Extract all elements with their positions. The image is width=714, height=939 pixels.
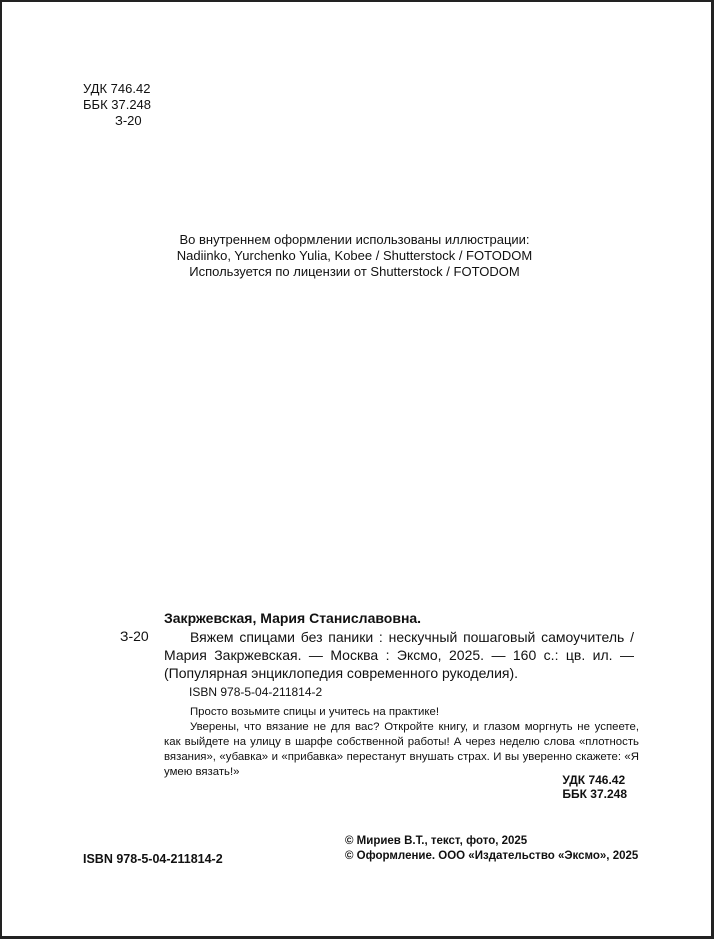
isbn-footer: ISBN 978-5-04-211814-2 <box>83 852 223 866</box>
author-heading: Закржевская, Мария Станиславовна. <box>164 610 421 626</box>
description-text: Вяжем спицами без паники : нескучный пош… <box>164 629 634 681</box>
author-mark-inline: З-20 <box>120 628 149 644</box>
credits-line-3: Используется по лицензии от Shutterstock… <box>2 264 707 280</box>
imprint-page: УДК 746.42 ББК 37.248 З-20 Во внутреннем… <box>2 2 711 936</box>
bbk-code-bottom: ББК 37.248 <box>562 787 627 801</box>
udk-code: УДК 746.42 <box>83 81 151 97</box>
copyright-design: © Оформление. ООО «Издательство «Эксмо»,… <box>345 849 638 864</box>
copyright-author: © Мириев В.Т., текст, фото, 2025 <box>345 834 638 849</box>
illustration-credits: Во внутреннем оформлении использованы ил… <box>2 232 707 280</box>
annotation: Просто возьмите спицы и учитесь на практ… <box>164 705 639 780</box>
isbn-inline: ISBN 978-5-04-211814-2 <box>189 685 322 699</box>
credits-line-2: Nadiinko, Yurchenko Yulia, Kobee / Shutt… <box>2 248 707 264</box>
author-mark: З-20 <box>83 113 151 129</box>
annotation-paragraph-1: Просто возьмите спицы и учитесь на практ… <box>164 705 639 720</box>
classification-codes-bottom: УДК 746.42 ББК 37.248 <box>562 773 627 801</box>
udk-code-bottom: УДК 746.42 <box>562 773 627 787</box>
credits-line-1: Во внутреннем оформлении использованы ил… <box>2 232 707 248</box>
classification-codes-top: УДК 746.42 ББК 37.248 З-20 <box>83 81 151 129</box>
bibliographic-description: Вяжем спицами без паники : нескучный пош… <box>164 628 634 682</box>
annotation-paragraph-2: Уверены, что вязание не для вас? Откройт… <box>164 720 639 780</box>
copyright-block: © Мириев В.Т., текст, фото, 2025 © Оформ… <box>345 834 638 864</box>
bbk-code: ББК 37.248 <box>83 97 151 113</box>
